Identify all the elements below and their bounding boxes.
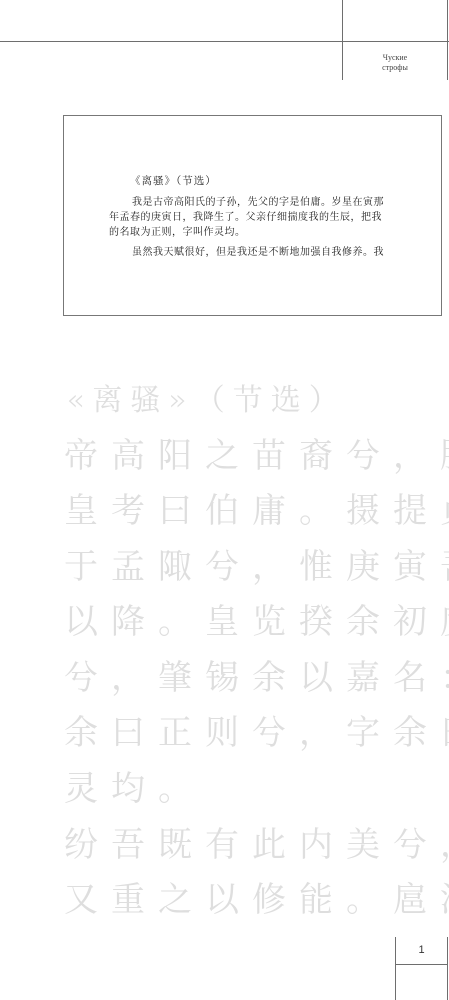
tracing-row-9: 又重之以修能。扈江	[64, 875, 449, 925]
running-head-line-2: строфы	[343, 63, 447, 73]
excerpt-paragraph-1-line-2: 年孟春的庚寅日，我降生了。父亲仔细揣度我的生辰，把我	[109, 212, 382, 224]
tracing-row-5: 兮，肇锡余以嘉名：名	[64, 653, 449, 703]
tracing-row-3: 于孟陬兮，惟庚寅吾	[64, 542, 449, 592]
tracing-row-7: 灵均。	[64, 764, 205, 814]
tracing-title: «离骚»（节选）	[66, 376, 347, 426]
running-head: Чускиe строфы	[343, 53, 447, 73]
footer-rule-vertical-right	[447, 937, 448, 1000]
tracing-row-8: 纷吾既有此内美兮，	[64, 820, 449, 870]
page-number: 1	[396, 944, 447, 956]
footer-rule-horizontal	[395, 964, 448, 965]
tracing-row-4: 以降。皇览揆余初度	[64, 597, 449, 647]
tracing-row-2: 皇考曰伯庸。摄提贞	[64, 486, 449, 536]
excerpt-paragraph-2-line-1: 虽然我天赋很好，但是我还是不断地加强自我修养。我	[132, 247, 384, 259]
header-rule-vertical-right	[447, 0, 448, 80]
excerpt-paragraph-1-line-3: 的名取为正则，字叫作灵均。	[109, 227, 246, 239]
excerpt-title: 《离骚》（节选）	[130, 173, 217, 188]
header-rule-horizontal	[0, 41, 449, 42]
running-head-line-1: Чускиe	[343, 53, 447, 63]
excerpt-box: 《离骚》（节选） 我是古帝高阳氏的子孙，先父的字是伯庸。岁星在寅那 年孟春的庚寅…	[63, 115, 442, 316]
tracing-row-6: 余曰正则兮，字余曰	[64, 708, 449, 758]
excerpt-paragraph-1-line-1: 我是古帝高阳氏的子孙，先父的字是伯庸。岁星在寅那	[132, 197, 384, 209]
tracing-row-1: 帝高阳之苗裔兮，朕	[64, 431, 449, 481]
